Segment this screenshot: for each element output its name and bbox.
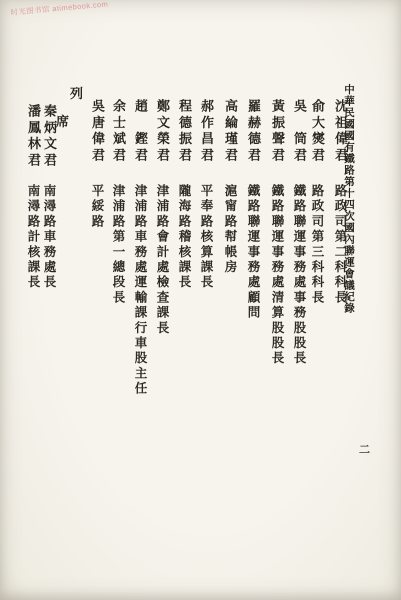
attendee-name-12: 吳唐偉君 (88, 99, 107, 165)
attendee-role-6: 滬甯路幇帳房 (221, 184, 239, 275)
attendee-name-4: 黃振聲君 (268, 99, 287, 165)
attendee-role-8: 隴海路稽核課長 (175, 184, 193, 290)
attendee-name-5: 羅赫德君 (244, 99, 263, 165)
attendee-name-11: 余士斌君 (109, 99, 128, 165)
attendee-role-12: 平綏路 (88, 184, 106, 230)
library-watermark-text: 时光图书馆 atimebook.com (10, 0, 109, 18)
attendee-name-10: 趙 鏗君 (131, 99, 150, 165)
observer-role-2: 南潯路計核課長 (24, 184, 42, 290)
attendee-role-1: 路政司第二科科長 (331, 184, 349, 306)
attendee-role-2: 路政司第三科科長 (308, 184, 326, 306)
observer-role-1: 南潯路車務處長 (40, 184, 58, 290)
attendee-role-4: 鐵路聯運事務處清算股股長 (268, 184, 286, 366)
attendee-role-5: 鐵路聯運事務處顧問 (244, 184, 262, 321)
attendee-name-1: 沈祖偉君 (331, 99, 350, 165)
attendee-name-8: 程德振君 (175, 99, 194, 165)
attendee-name-3: 吳 筒君 (290, 99, 309, 165)
attendee-name-6: 高綸瑾君 (221, 99, 240, 165)
attendee-role-10: 津浦路車務處運輸課行車股主任 (131, 184, 149, 397)
observers-header-char-1: 列 (70, 83, 83, 102)
page-number: 二 (359, 441, 370, 457)
attendee-role-11: 津浦路第一總段長 (109, 184, 127, 306)
attendee-role-9: 津浦路會計處檢查課長 (153, 184, 171, 336)
observer-name-2: 潘鳳林君 (24, 104, 43, 170)
attendee-role-7: 平奉路核算課長 (197, 184, 215, 290)
attendee-role-3: 鐵路聯運事務處事務股股長 (290, 184, 308, 366)
attendee-name-9: 鄭文榮君 (153, 99, 172, 165)
attendee-name-2: 俞大爕君 (308, 99, 327, 165)
attendee-name-7: 郝作昌君 (197, 99, 216, 165)
scanned-document-page: 时光图书馆 atimebook.com 中華民國國有鐵路第十四次國內聯運會議紀錄… (0, 0, 401, 600)
